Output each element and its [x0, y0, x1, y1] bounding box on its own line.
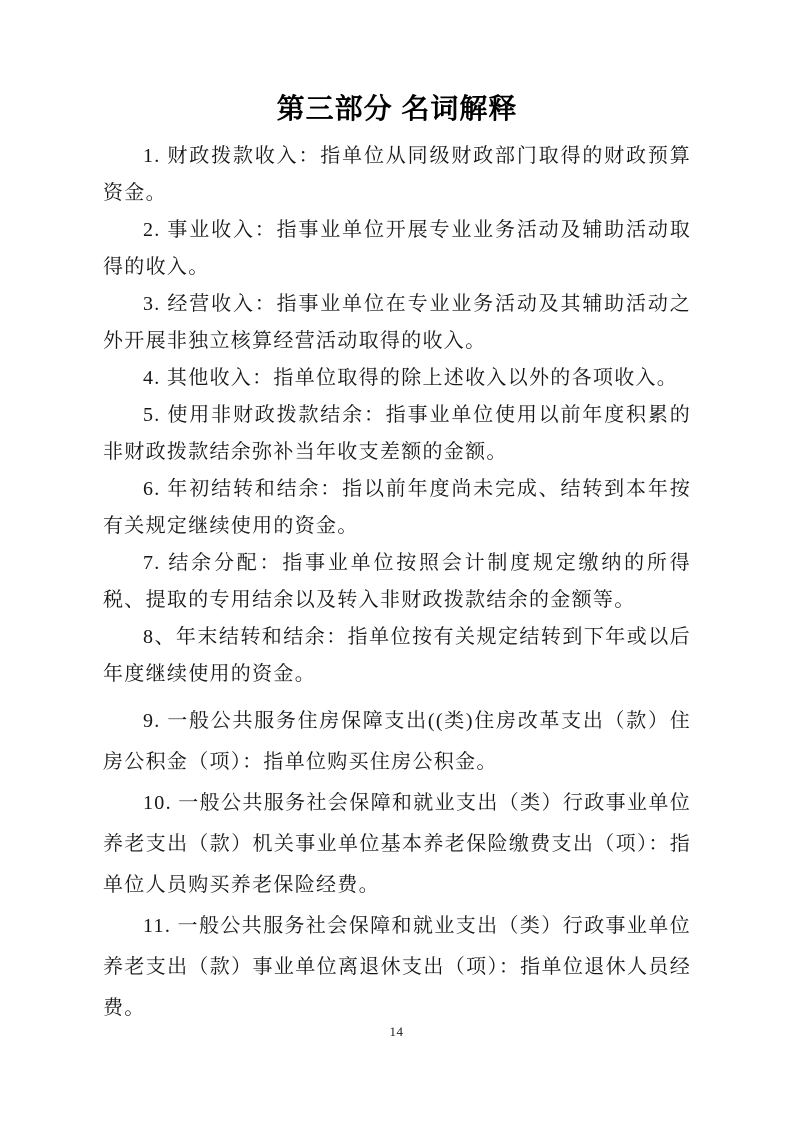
definition-paragraph-10: 10. 一般公共服务社会保障和就业支出（类）行政事业单位养老支出（款）机关事业单… [103, 783, 691, 906]
definition-paragraph-3: 3. 经营收入：指事业单位在专业业务活动及其辅助活动之外开展非独立核算经营活动取… [103, 286, 691, 360]
definition-paragraph-8: 8、年末结转和结余：指单位按有关规定结转到下年或以后年度继续使用的资金。 [103, 619, 691, 693]
definition-paragraph-2: 2. 事业收入：指事业单位开展专业业务活动及辅助活动取得的收入。 [103, 212, 691, 286]
definition-paragraph-1: 1. 财政拨款收入：指单位从同级财政部门取得的财政预算资金。 [103, 138, 691, 212]
definition-paragraph-6: 6. 年初结转和结余：指以前年度尚未完成、结转到本年按有关规定继续使用的资金。 [103, 471, 691, 545]
definitions-list: 1. 财政拨款收入：指单位从同级财政部门取得的财政预算资金。 2. 事业收入：指… [103, 138, 691, 1029]
document-content: 第三部分 名词解释 1. 财政拨款收入：指单位从同级财政部门取得的财政预算资金。… [103, 0, 691, 1029]
definition-paragraph-7: 7. 结余分配：指事业单位按照会计制度规定缴纳的所得税、提取的专用结余以及转入非… [103, 545, 691, 619]
page-number: 14 [0, 1024, 793, 1040]
definition-paragraph-9: 9. 一般公共服务住房保障支出((类)住房改革支出（款）住房公积金（项）：指单位… [103, 701, 691, 783]
page-title: 第三部分 名词解释 [103, 92, 691, 126]
document-page: 第三部分 名词解释 1. 财政拨款收入：指单位从同级财政部门取得的财政预算资金。… [0, 0, 793, 1122]
definition-paragraph-11: 11. 一般公共服务社会保障和就业支出（类）行政事业单位养老支出（款）事业单位离… [103, 906, 691, 1029]
definition-paragraph-5: 5. 使用非财政拨款结余：指事业单位使用以前年度积累的非财政拨款结余弥补当年收支… [103, 397, 691, 471]
definition-paragraph-4: 4. 其他收入：指单位取得的除上述收入以外的各项收入。 [103, 360, 691, 397]
